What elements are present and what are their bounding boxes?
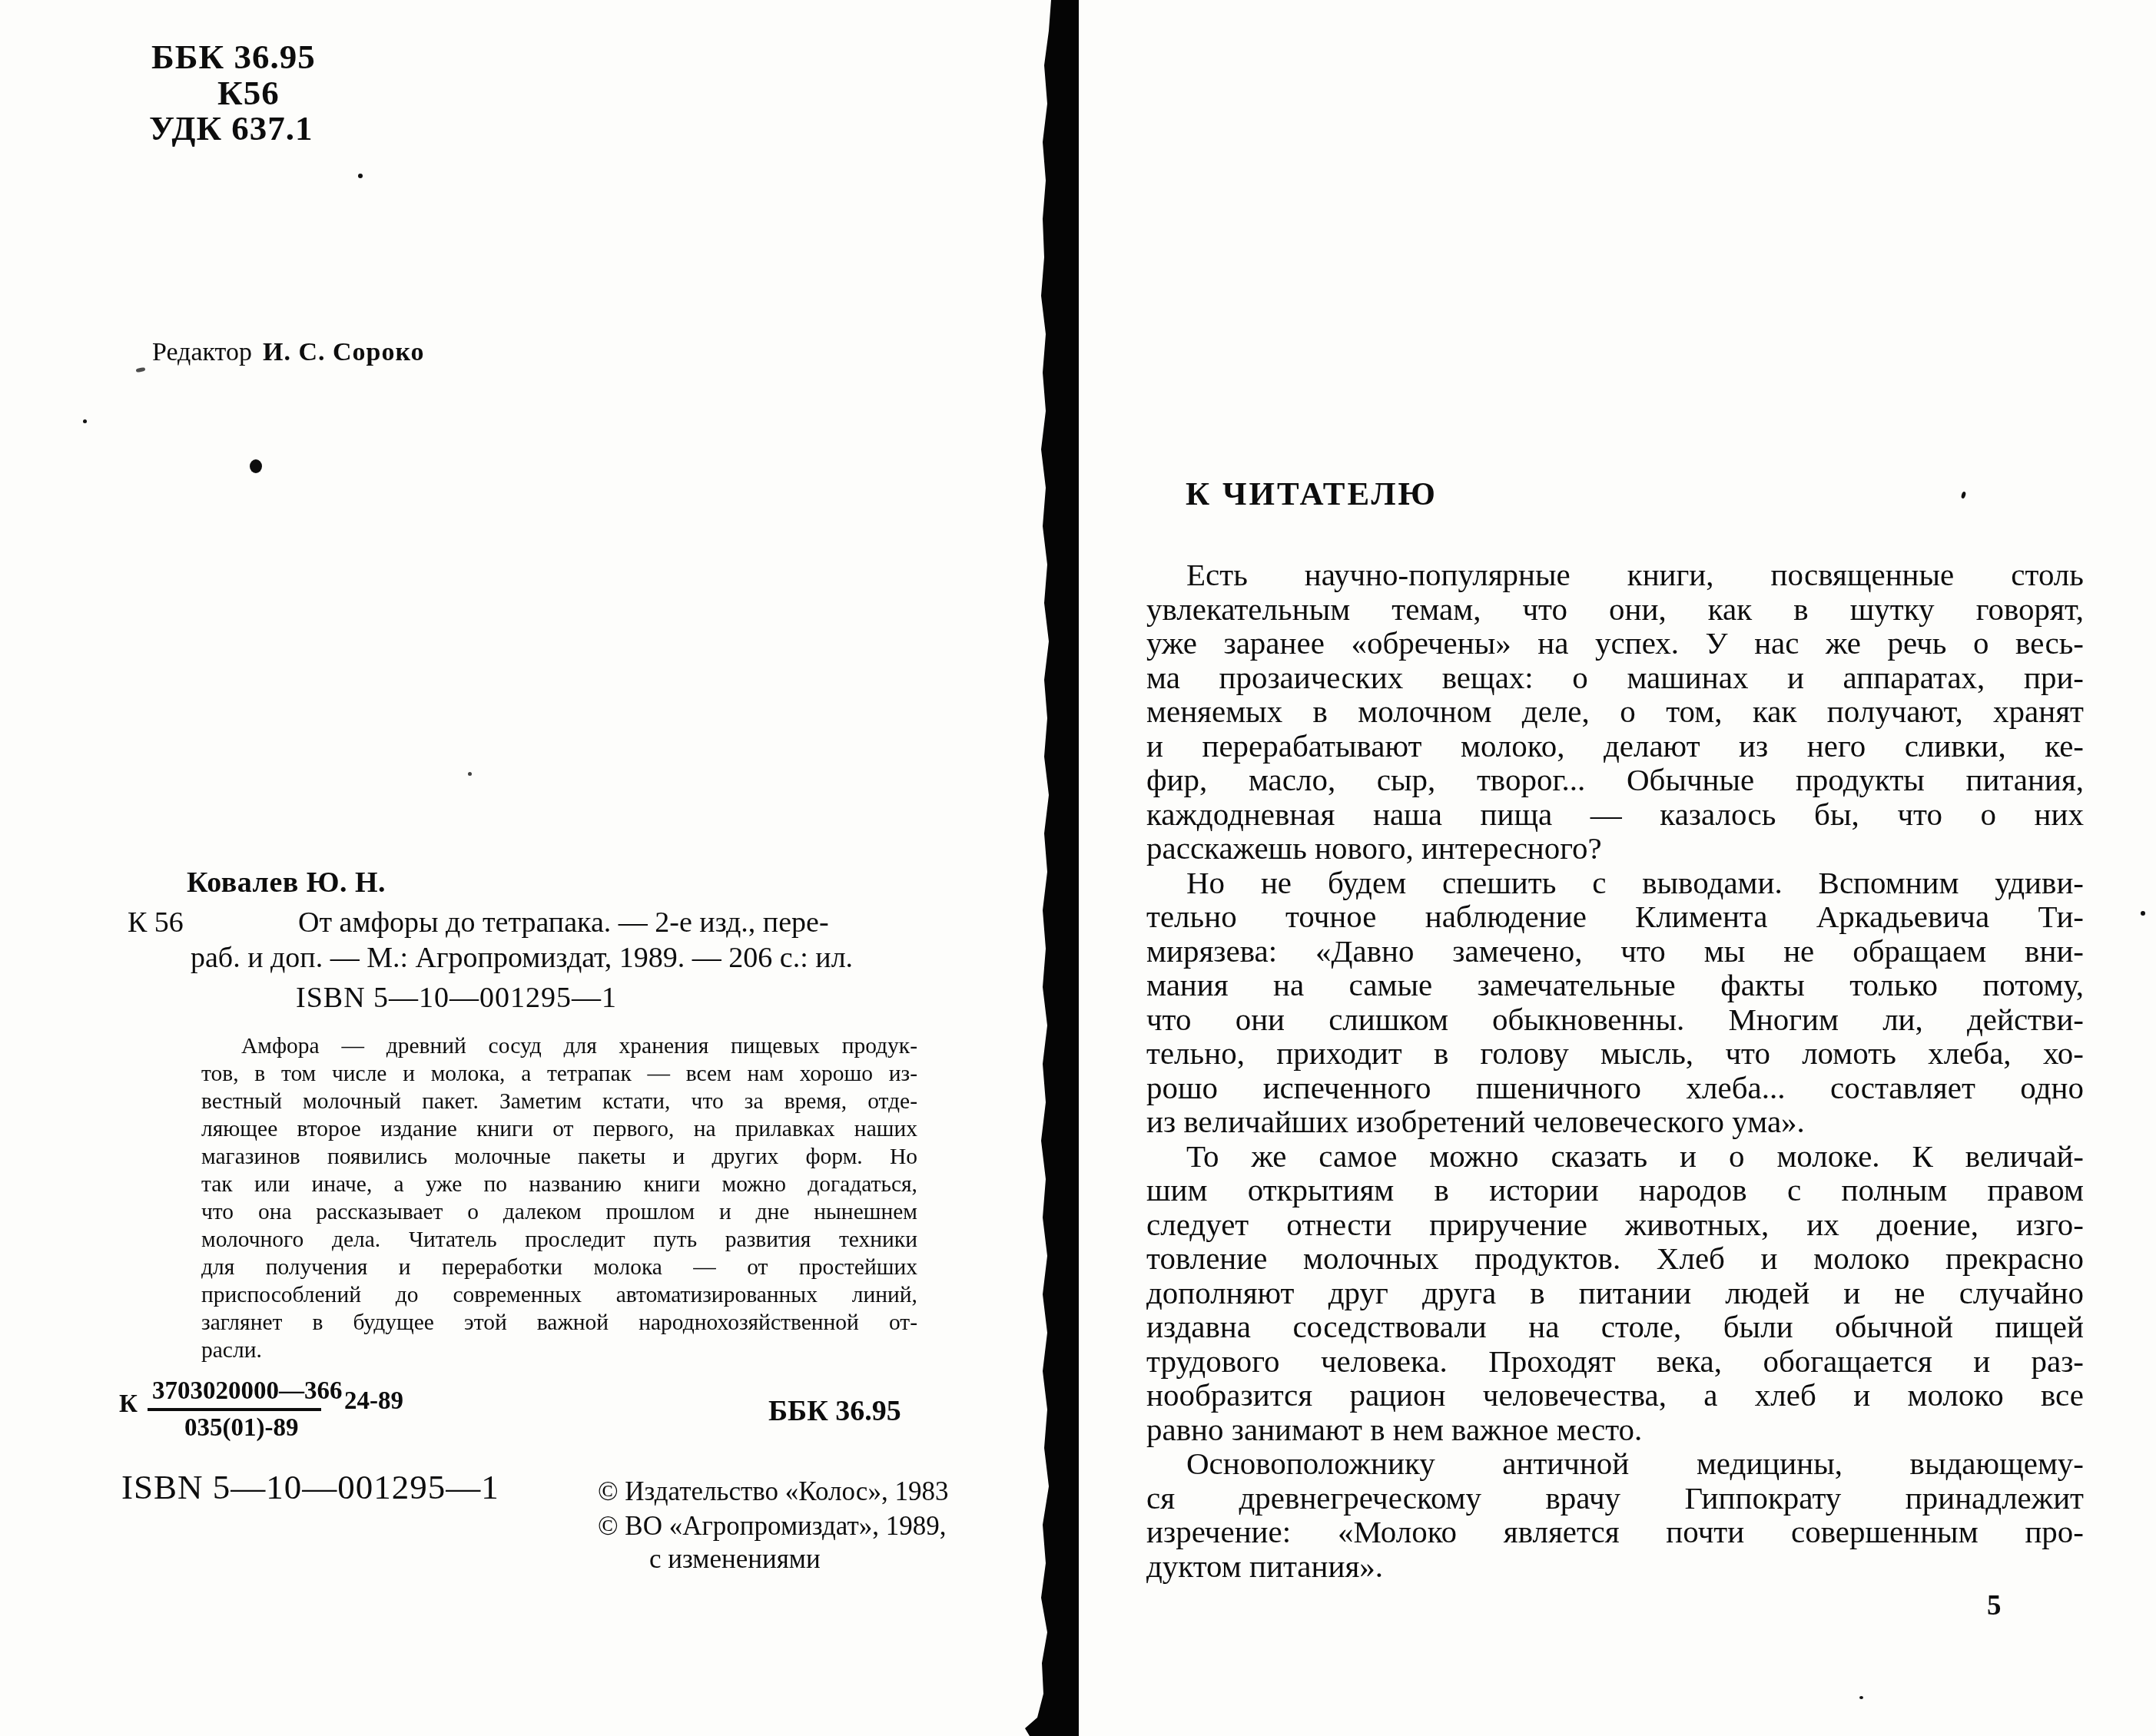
catalog-index-numerator: 3703020000—366 [152, 1379, 343, 1404]
catalog-index-rule [148, 1408, 321, 1411]
text-line: равно занимают в нем важное место. [1146, 1413, 2084, 1447]
author-sigil: К56 [217, 76, 280, 111]
text-line: трудового человека. Проходят века, обога… [1146, 1344, 2084, 1379]
text-line: Основоположнику античной медицины, выдаю… [1146, 1446, 2084, 1481]
text-line: приспособлений до современных автоматизи… [201, 1281, 917, 1309]
text-line: молочного дела. Читатель проследит путь … [201, 1226, 917, 1254]
text-line: фир, масло, сыр, творог... Обычные проду… [1146, 763, 2084, 797]
text-line: что она рассказывает о далеком прошлом и… [201, 1198, 917, 1226]
text-line: ся древнегреческому врачу Гиппократу при… [1146, 1481, 2084, 1516]
scan-speck [83, 419, 87, 423]
binding-gutter [1025, 0, 1079, 1736]
udk-code: УДК 637.1 [149, 111, 313, 146]
text-line: То же самое можно сказать и о молоке. К … [1146, 1139, 2084, 1174]
text-line: тов, в том числе и молока, а тетрапак — … [201, 1060, 917, 1088]
text-line: нообразится рацион человечества, а хлеб … [1146, 1378, 2084, 1413]
text-line: ляющее второе издание книги от первого, … [201, 1115, 917, 1143]
bbk-code: ББК 36.95 [151, 40, 316, 75]
isbn-bottom: ISBN 5—10—001295—1 [121, 1470, 499, 1505]
editor-name: И. С. Сороко [263, 338, 425, 366]
catalog-index-suffix: 24-89 [344, 1389, 403, 1414]
scan-speck [1859, 1696, 1863, 1699]
text-line: так или иначе, а уже по названию книги м… [201, 1171, 917, 1198]
text-line: Амфора — древний сосуд для хранения пище… [201, 1032, 917, 1060]
bullet-mark [250, 459, 262, 473]
scan-speck [136, 367, 146, 373]
text-line: товление молочных продуктов. Хлеб и моло… [1146, 1241, 2084, 1276]
editor-label: Редактор [152, 338, 252, 366]
text-line: дуктом питания». [1146, 1549, 2084, 1584]
paragraph-4: Основоположнику античной медицины, выдаю… [1146, 1446, 2084, 1583]
paragraph-2: Но не будем спешить с выводами. Вспомним… [1146, 866, 2084, 1139]
text-line: заглянет в будущее этой важной народнохо… [201, 1309, 917, 1337]
copyright-note: с изменениями [649, 1546, 821, 1572]
text-line: изречение: «Молоко является почти соверш… [1146, 1515, 2084, 1549]
catalog-entry-code: К 56 [128, 908, 184, 937]
chapter-title: К ЧИТАТЕЛЮ [1186, 478, 1438, 511]
author-heading: Ковалев Ю. Н. [187, 868, 386, 897]
annotation: Амфора — древний сосуд для хранения пище… [201, 1032, 917, 1364]
scan-speck [358, 174, 363, 178]
text-line: тельно, приходит в голову мысль, что лом… [1146, 1036, 2084, 1071]
paragraph-3: То же самое можно сказать и о молоке. К … [1146, 1139, 2084, 1447]
catalog-title-line-2: раб. и доп. — М.: Агропромиздат, 1989. —… [191, 943, 853, 972]
text-line: что они слишком обыкновенны. Многим ли, … [1146, 1002, 2084, 1037]
text-line: Есть научно-популярные книги, посвященны… [1146, 558, 2084, 592]
text-line: магазинов появились молочные пакеты и др… [201, 1143, 917, 1171]
catalog-index-letter: К [119, 1392, 138, 1417]
text-line: следует отнести приручение животных, их … [1146, 1208, 2084, 1242]
text-line: уже заранее «обречены» на успех. У нас ж… [1146, 626, 2084, 661]
text-line: тельно точное наблюдение Климента Аркадь… [1146, 899, 2084, 934]
scan-speck [468, 772, 472, 776]
text-line: мания на самые замечательные факты тольк… [1146, 968, 2084, 1002]
text-line: расли. [201, 1337, 917, 1364]
text-line: увлекательным темам, что они, как в шутк… [1146, 592, 2084, 627]
text-line: шим открытиям в истории народов с полным… [1146, 1173, 2084, 1208]
scan-speck [1961, 491, 1967, 499]
text-line: рошо испеченного пшеничного хлеба... сос… [1146, 1071, 2084, 1105]
catalog-index-denominator: 035(01)-89 [184, 1416, 298, 1441]
text-line: вестный молочный пакет. Заметим кстати, … [201, 1088, 917, 1115]
text-line: расскажешь нового, интересного? [1146, 831, 2084, 866]
book-spread-scan: ББК 36.95 К56 УДК 637.1 РедакторИ. С. Со… [0, 0, 2156, 1736]
text-line: из величайших изобретений человеческого … [1146, 1105, 2084, 1139]
text-line: для получения и переработки молока — от … [201, 1254, 917, 1281]
text-line: ма прозаических вещах: о машинах и аппар… [1146, 661, 2084, 695]
text-line: издавна соседствовали на столе, были обы… [1146, 1310, 2084, 1344]
editor-line: РедакторИ. С. Сороко [152, 340, 425, 366]
isbn-catalog: ISBN 5—10—001295—1 [296, 983, 617, 1012]
copyright-kolos: © Издательство «Колос», 1983 [598, 1478, 948, 1505]
text-line: мирязева: «Давно замечено, что мы не обр… [1146, 934, 2084, 969]
text-line: дополняют друг друга в питании людей и н… [1146, 1276, 2084, 1310]
bbk-code-bottom: ББК 36.95 [768, 1396, 901, 1426]
scan-speck [2141, 911, 2145, 916]
paragraph-1: Есть научно-популярные книги, посвященны… [1146, 558, 2084, 866]
copyright-agropromizdat: © ВО «Агропромиздат», 1989, [598, 1512, 946, 1539]
text-line: Но не будем спешить с выводами. Вспомним… [1146, 866, 2084, 900]
text-line: каждодневная наша пища — казалось бы, чт… [1146, 797, 2084, 832]
body-text: Есть научно-популярные книги, посвященны… [1146, 558, 2084, 1583]
page-number: 5 [1987, 1592, 2002, 1620]
text-line: и перерабатывают молоко, делают из него … [1146, 729, 2084, 764]
catalog-title-line-1: От амфоры до тетрапака. — 2-е изд., пере… [298, 908, 829, 937]
text-line: меняемых в молочном деле, о том, как пол… [1146, 694, 2084, 729]
